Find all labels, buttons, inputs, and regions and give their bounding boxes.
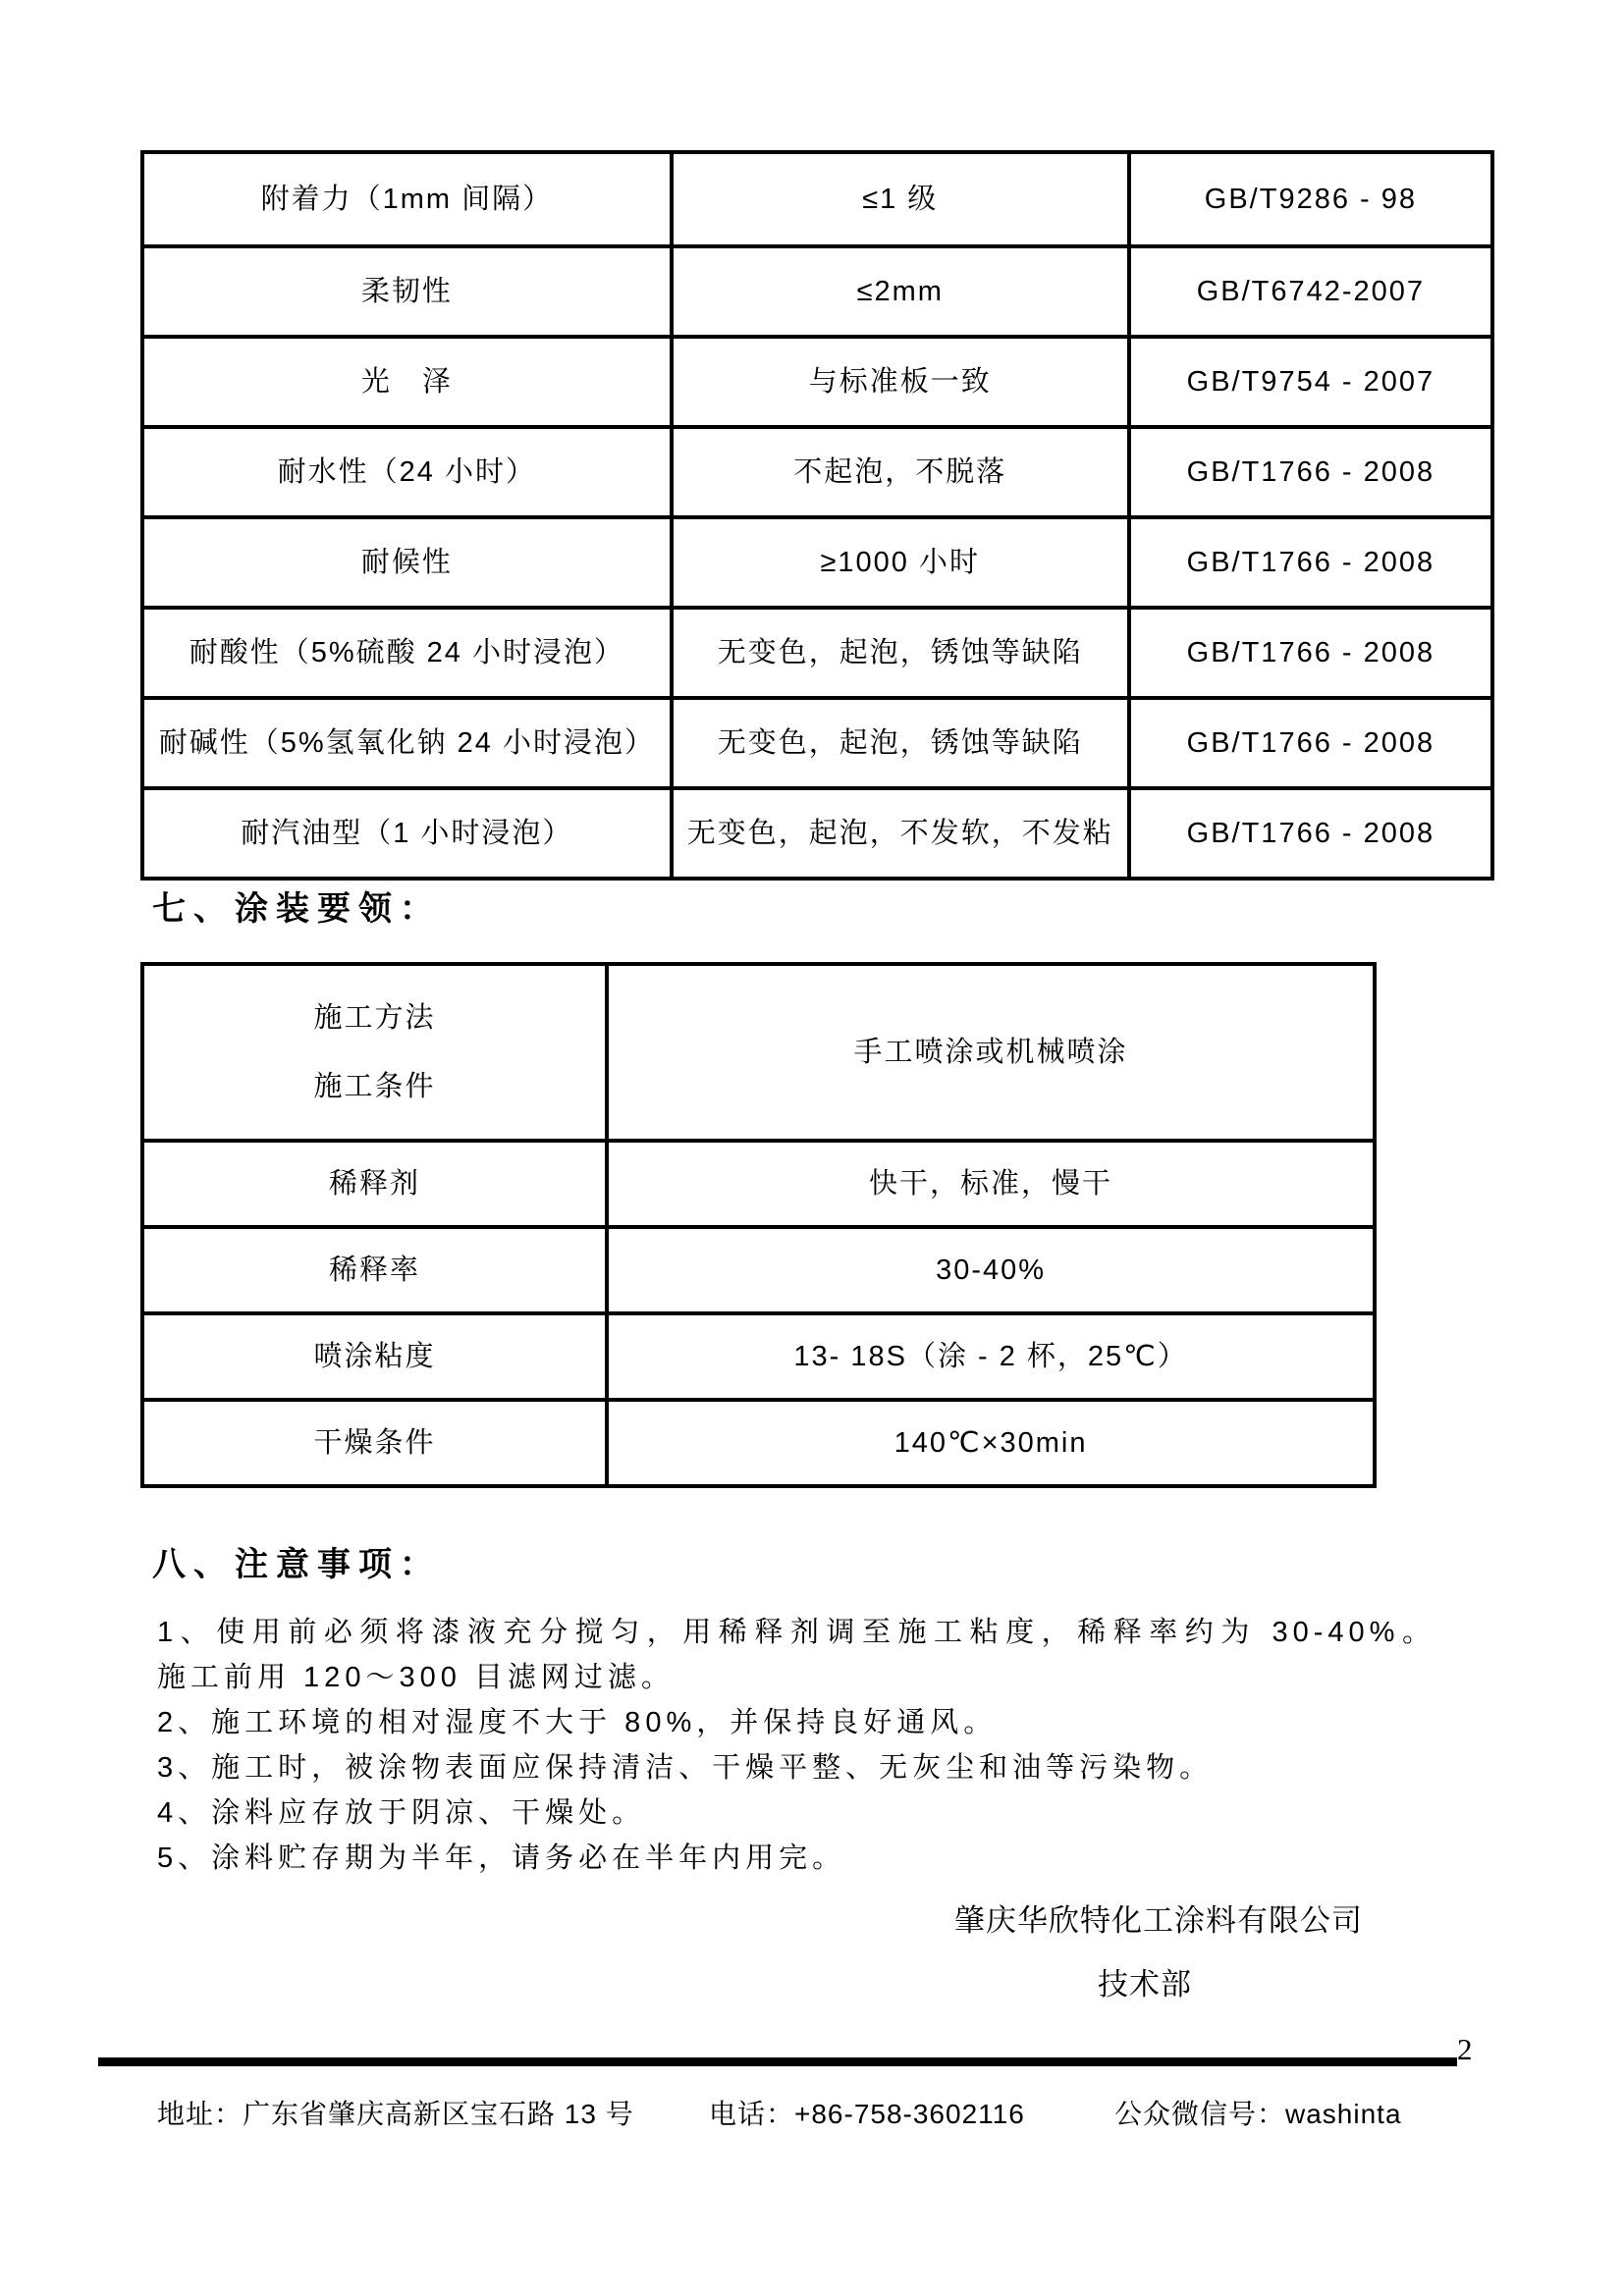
spec-standard: GB/T9286 - 98 xyxy=(1127,154,1490,244)
note-line: 5、涂料贮存期为半年，请务必在半年内用完。 xyxy=(157,1836,1435,1881)
spec-standard: GB/T1766 - 2008 xyxy=(1127,790,1490,877)
note-line: 2、施工环境的相对湿度不大于 80%，并保持良好通风。 xyxy=(157,1700,1435,1745)
spec-standard: GB/T1766 - 2008 xyxy=(1127,700,1490,786)
application-label: 喷涂粘度 xyxy=(144,1315,605,1398)
spec-value: ≤2mm xyxy=(670,248,1127,335)
spec-property: 光 泽 xyxy=(144,339,670,425)
note-line: 施工前用 120～300 目滤网过滤。 xyxy=(157,1655,1435,1700)
table-row: 稀释率 30-40% xyxy=(144,1225,1373,1311)
spec-value: 不起泡，不脱落 xyxy=(670,429,1127,515)
table-row: 耐酸性（5%硫酸 24 小时浸泡） 无变色，起泡，锈蚀等缺陷 GB/T1766 … xyxy=(144,606,1490,696)
table-row: 耐碱性（5%氢氧化钠 24 小时浸泡） 无变色，起泡，锈蚀等缺陷 GB/T176… xyxy=(144,696,1490,786)
application-value: 30-40% xyxy=(605,1229,1373,1311)
spec-standard: GB/T1766 - 2008 xyxy=(1127,519,1490,606)
note-line: 3、施工时，被涂物表面应保持清洁、干燥平整、无灰尘和油等污染物。 xyxy=(157,1745,1435,1790)
footer-address: 地址：广东省肇庆高新区宝石路 13 号 xyxy=(157,2093,634,2132)
signature-block: 肇庆华欣特化工涂料有限公司 技术部 xyxy=(835,1902,1483,2002)
footer-divider-rule xyxy=(98,2057,1457,2066)
page-number: 2 xyxy=(1457,2032,1473,2067)
precaution-notes: 1、使用前必须将漆液充分搅匀，用稀释剂调至施工粘度，稀释率约为 30-40%。 … xyxy=(157,1610,1435,1881)
table-row: 附着力（1mm 间隔） ≤1 级 GB/T9286 - 98 xyxy=(144,154,1490,244)
spec-standard: GB/T6742-2007 xyxy=(1127,248,1490,335)
spec-standard: GB/T1766 - 2008 xyxy=(1127,429,1490,515)
spec-value: ≥1000 小时 xyxy=(670,519,1127,606)
application-label: 干燥条件 xyxy=(144,1402,605,1484)
application-table: 施工方法 施工条件 手工喷涂或机械喷涂 稀释剂 快干，标准，慢干 稀释率 30-… xyxy=(140,962,1377,1488)
spec-standard: GB/T9754 - 2007 xyxy=(1127,339,1490,425)
application-label-line: 施工条件 xyxy=(314,1069,436,1104)
application-label-line: 施工方法 xyxy=(314,1000,436,1036)
table-row: 光 泽 与标准板一致 GB/T9754 - 2007 xyxy=(144,335,1490,425)
spec-property: 耐汽油型（1 小时浸泡） xyxy=(144,790,670,877)
spec-property: 柔韧性 xyxy=(144,248,670,335)
document-page: 附着力（1mm 间隔） ≤1 级 GB/T9286 - 98 柔韧性 ≤2mm … xyxy=(0,0,1624,2296)
note-line: 1、使用前必须将漆液充分搅匀，用稀释剂调至施工粘度，稀释率约为 30-40%。 xyxy=(157,1610,1435,1655)
company-department: 技术部 xyxy=(821,1966,1469,2002)
application-value: 140℃×30min xyxy=(605,1402,1373,1484)
table-row: 耐汽油型（1 小时浸泡） 无变色，起泡，不发软，不发粘 GB/T1766 - 2… xyxy=(144,786,1490,877)
application-label: 稀释剂 xyxy=(144,1143,605,1225)
table-row: 耐候性 ≥1000 小时 GB/T1766 - 2008 xyxy=(144,515,1490,606)
table-row: 喷涂粘度 13- 18S（涂 - 2 杯，25℃） xyxy=(144,1311,1373,1398)
table-row: 柔韧性 ≤2mm GB/T6742-2007 xyxy=(144,244,1490,335)
table-row: 耐水性（24 小时） 不起泡，不脱落 GB/T1766 - 2008 xyxy=(144,425,1490,515)
spec-value: 无变色，起泡，不发软，不发粘 xyxy=(670,790,1127,877)
note-line: 4、涂料应存放于阴凉、干燥处。 xyxy=(157,1790,1435,1836)
section-heading-precautions: 八、注意事项： xyxy=(152,1537,441,1585)
table-row: 干燥条件 140℃×30min xyxy=(144,1398,1373,1484)
application-value: 13- 18S（涂 - 2 杯，25℃） xyxy=(605,1315,1373,1398)
table-row: 稀释剂 快干，标准，慢干 xyxy=(144,1139,1373,1225)
spec-value: 与标准板一致 xyxy=(670,339,1127,425)
performance-spec-table: 附着力（1mm 间隔） ≤1 级 GB/T9286 - 98 柔韧性 ≤2mm … xyxy=(140,150,1494,881)
company-name: 肇庆华欣特化工涂料有限公司 xyxy=(835,1902,1483,1939)
application-value: 手工喷涂或机械喷涂 xyxy=(605,966,1373,1139)
spec-value: ≤1 级 xyxy=(670,154,1127,244)
spec-value: 无变色，起泡，锈蚀等缺陷 xyxy=(670,700,1127,786)
table-row: 施工方法 施工条件 手工喷涂或机械喷涂 xyxy=(144,966,1373,1139)
spec-property: 耐水性（24 小时） xyxy=(144,429,670,515)
application-label: 稀释率 xyxy=(144,1229,605,1311)
footer-wechat: 公众微信号：washinta xyxy=(1114,2093,1402,2132)
application-value: 快干，标准，慢干 xyxy=(605,1143,1373,1225)
spec-value: 无变色，起泡，锈蚀等缺陷 xyxy=(670,610,1127,696)
application-label: 施工方法 施工条件 xyxy=(144,966,605,1139)
spec-property: 耐候性 xyxy=(144,519,670,606)
spec-property: 附着力（1mm 间隔） xyxy=(144,154,670,244)
spec-standard: GB/T1766 - 2008 xyxy=(1127,610,1490,696)
spec-property: 耐碱性（5%氢氧化钠 24 小时浸泡） xyxy=(144,700,670,786)
spec-property: 耐酸性（5%硫酸 24 小时浸泡） xyxy=(144,610,670,696)
section-heading-coating-essentials: 七、涂装要领： xyxy=(152,881,441,930)
footer-phone: 电话：+86-758-3602116 xyxy=(709,2093,1025,2132)
